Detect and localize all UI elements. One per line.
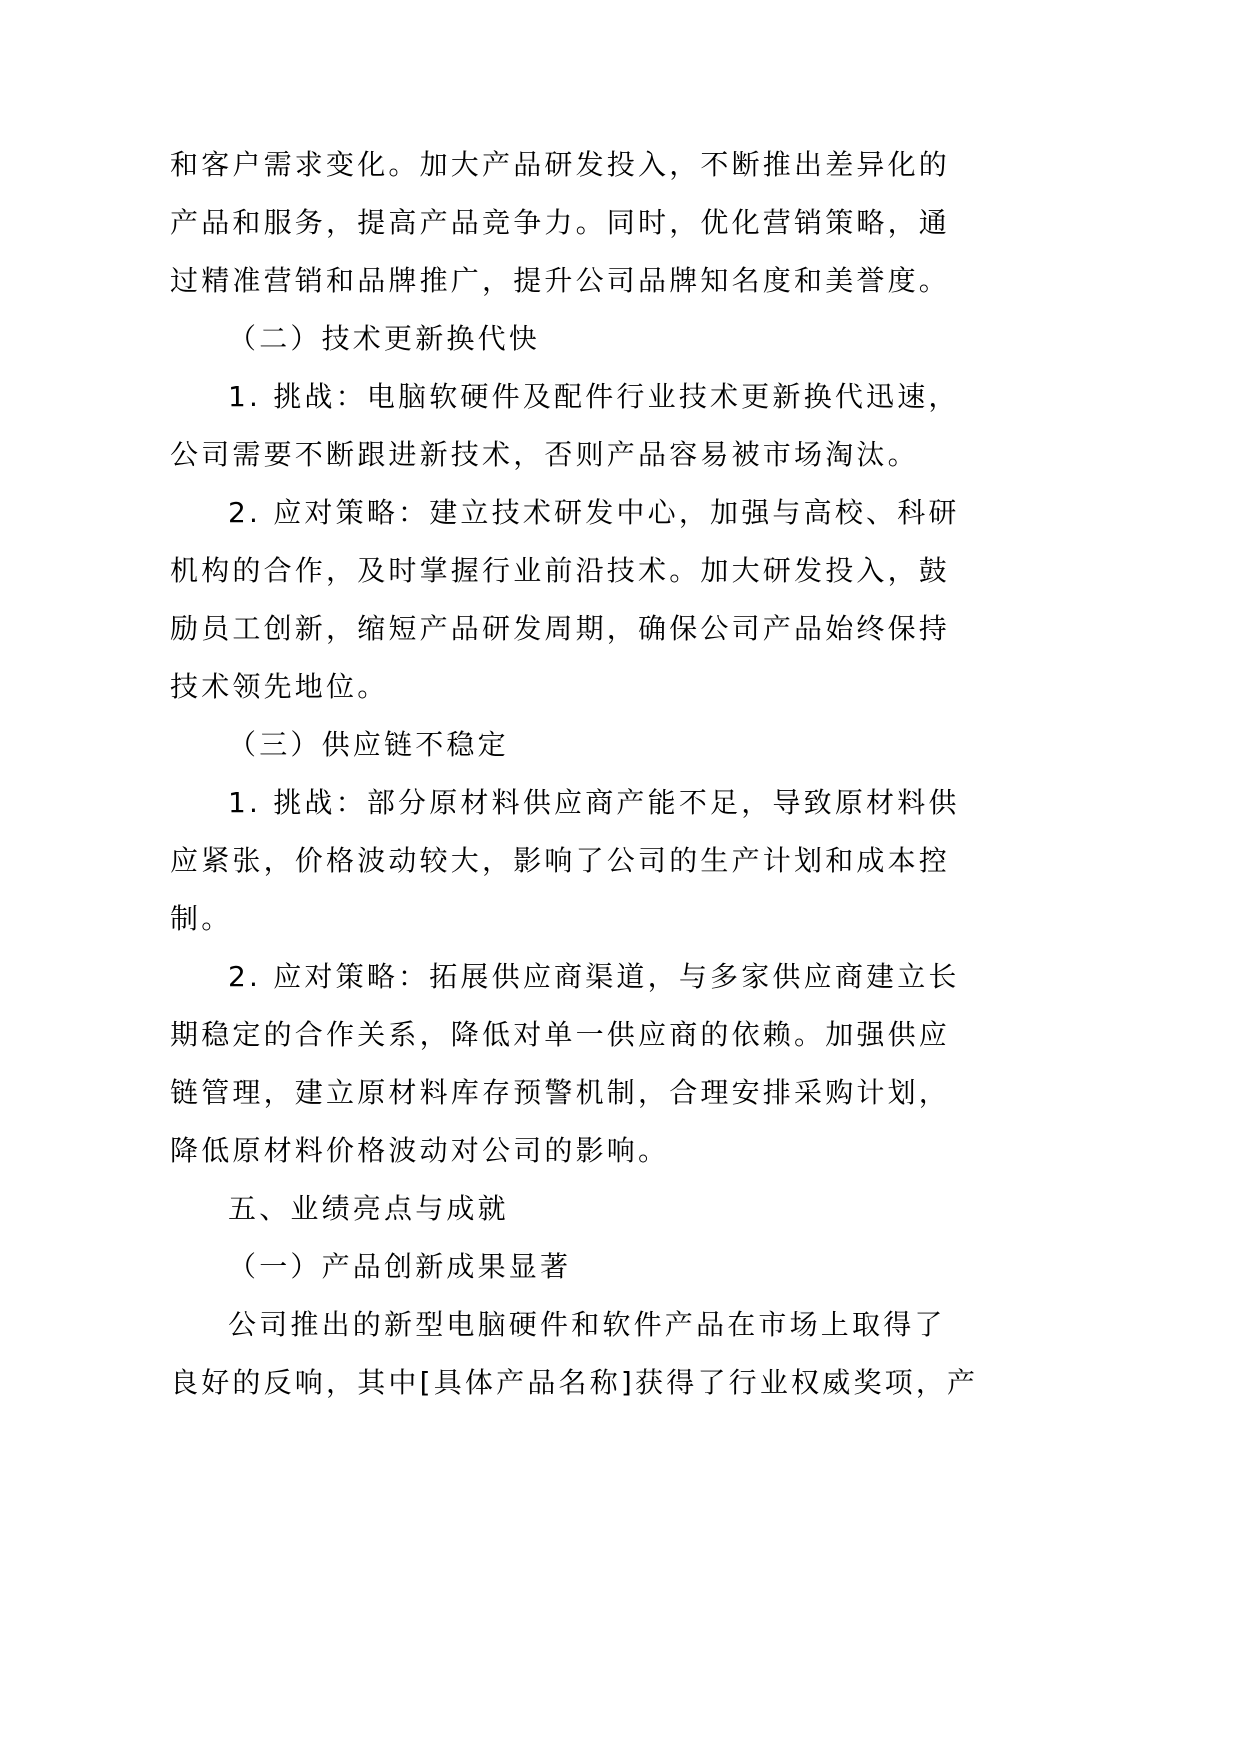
paragraph-line: 技术领先地位。 <box>170 667 388 707</box>
list-item-line: 2. 应对策略：建立技术研发中心，加强与高校、科研 <box>228 493 960 533</box>
paragraph-line: 过精准营销和品牌推广，提升公司品牌知名度和美誉度。 <box>170 261 950 301</box>
paragraph-line: 产品和服务，提高产品竞争力。同时，优化营销策略，通 <box>170 203 950 243</box>
list-item-line: 2. 应对策略：拓展供应商渠道，与多家供应商建立长 <box>228 957 960 997</box>
paragraph-line: 良好的反响，其中[具体产品名称]获得了行业权威奖项，产 <box>170 1363 978 1403</box>
list-item-line: 1. 挑战：部分原材料供应商产能不足，导致原材料供 <box>228 783 960 823</box>
paragraph-line: 公司需要不断跟进新技术，否则产品容易被市场淘汰。 <box>170 435 919 475</box>
paragraph-line: 链管理，建立原材料库存预警机制，合理安排采购计划， <box>170 1073 950 1113</box>
paragraph-line: 和客户需求变化。加大产品研发投入，不断推出差异化的 <box>170 145 950 185</box>
section-heading: （一）产品创新成果显著 <box>228 1247 571 1287</box>
paragraph-line: 机构的合作，及时掌握行业前沿技术。加大研发投入，鼓 <box>170 551 950 591</box>
paragraph-line: 公司推出的新型电脑硬件和软件产品在市场上取得了 <box>228 1305 946 1345</box>
section-heading: （三）供应链不稳定 <box>228 725 509 765</box>
chapter-heading: 五、业绩亮点与成就 <box>228 1189 509 1229</box>
section-heading: （二）技术更新换代快 <box>228 319 540 359</box>
paragraph-line: 励员工创新，缩短产品研发周期，确保公司产品始终保持 <box>170 609 950 649</box>
paragraph-line: 制。 <box>170 899 232 939</box>
paragraph-line: 期稳定的合作关系，降低对单一供应商的依赖。加强供应 <box>170 1015 950 1055</box>
list-item-line: 1. 挑战：电脑软硬件及配件行业技术更新换代迅速， <box>228 377 960 417</box>
paragraph-line: 应紧张，价格波动较大，影响了公司的生产计划和成本控 <box>170 841 950 881</box>
paragraph-line: 降低原材料价格波动对公司的影响。 <box>170 1131 669 1171</box>
